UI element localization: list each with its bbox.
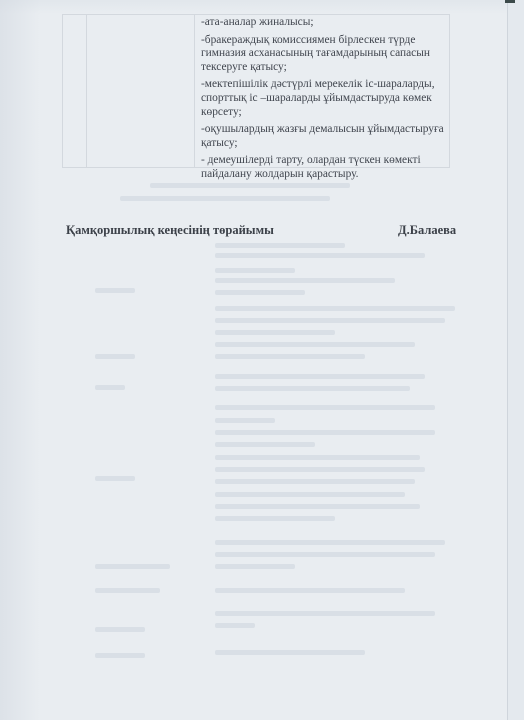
signatory-title: Қамқоршылық кеңесінің төрайымы — [66, 223, 274, 238]
scan-edge-line — [507, 0, 508, 720]
list-item: -мектепішілік дәстүрлі мерекелік іс-шара… — [201, 78, 446, 119]
table-column-divider — [194, 15, 195, 167]
scan-margin — [508, 0, 524, 720]
signatory-name: Д.Балаева — [398, 223, 456, 238]
list-item: -ата-аналар жиналысы; — [201, 16, 446, 30]
activities-list: -ата-аналар жиналысы; -бракераждық комис… — [201, 16, 446, 186]
list-item: - демеушілерді тарту, олардан түскен көм… — [201, 154, 446, 181]
scan-smudge — [505, 0, 515, 3]
list-item: -бракераждық комиссиямен бірлескен түрде… — [201, 34, 446, 75]
list-item: -оқушылардың жазғы демалысын ұйымдастыру… — [201, 123, 446, 150]
table-column-divider — [86, 15, 87, 167]
scanned-page: -ата-аналар жиналысы; -бракераждық комис… — [0, 0, 524, 720]
